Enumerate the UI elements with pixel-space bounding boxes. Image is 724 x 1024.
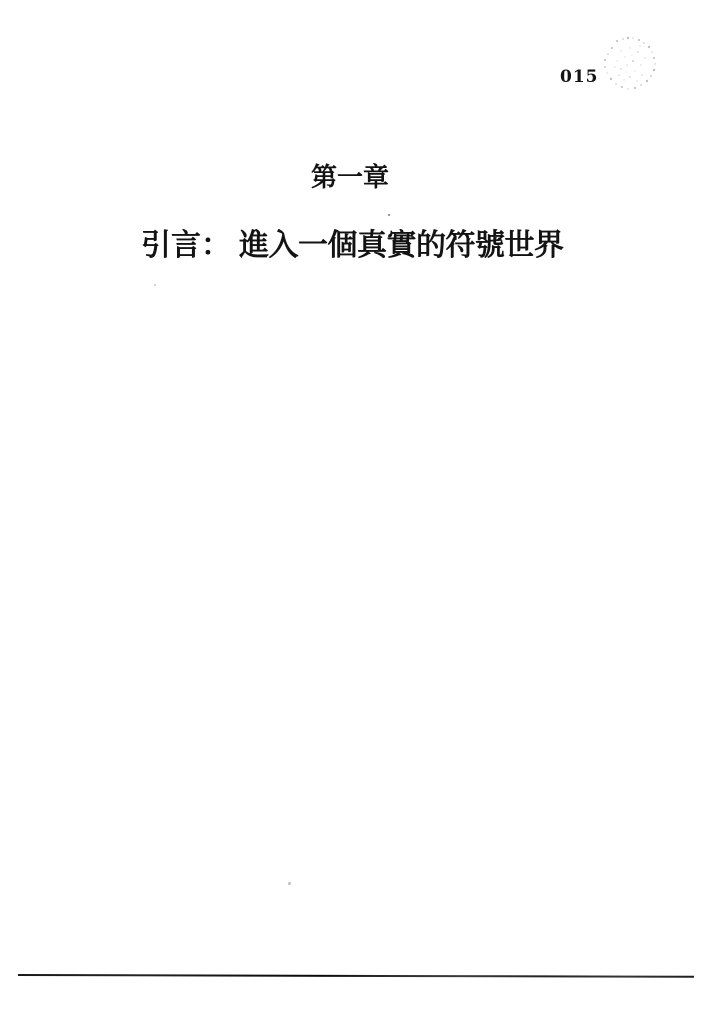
ink-stamp-icon <box>596 30 662 96</box>
book-page: 015 第一章 引言： 進入 <box>0 0 724 1024</box>
scan-speck <box>288 882 291 885</box>
chapter-subtitle-label: 引言： <box>141 228 231 264</box>
footer-rule <box>18 974 694 978</box>
chapter-title: 第一章 <box>311 163 389 194</box>
chapter-subtitle-text: 進入一個真實的符號世界 <box>239 228 564 264</box>
scan-speck <box>388 214 390 216</box>
chapter-subtitle: 引言： 進入一個真實的符號世界 <box>141 228 564 264</box>
page-number: 015 <box>560 67 599 87</box>
scan-speck <box>154 284 156 286</box>
